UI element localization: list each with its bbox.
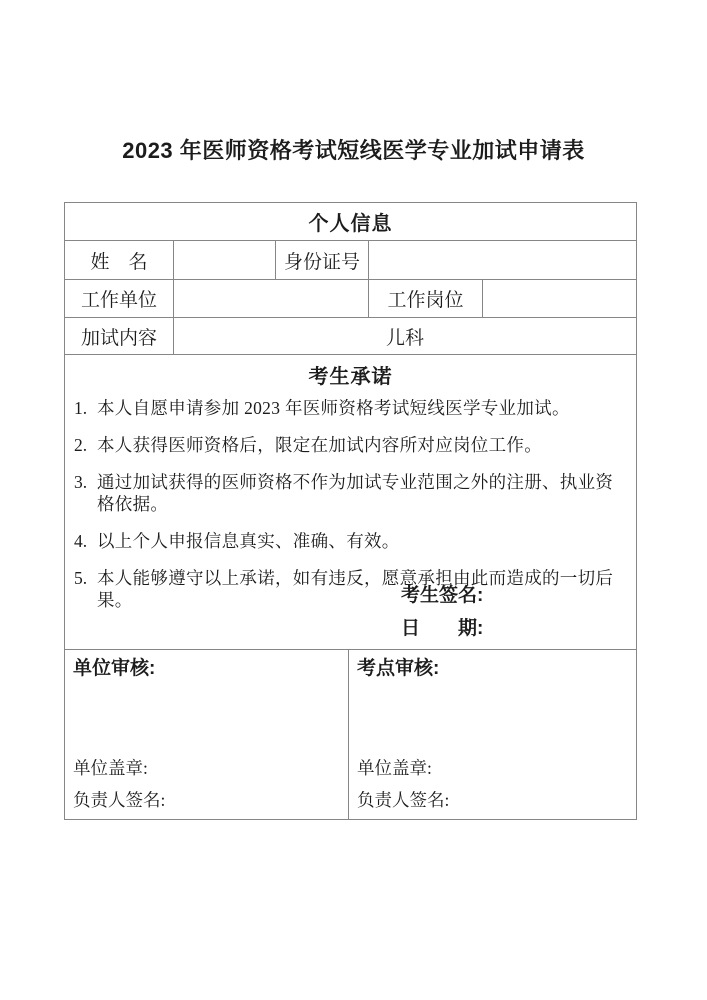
personal-info-section-title: 个人信息	[65, 203, 636, 240]
id-number-field[interactable]	[368, 241, 636, 279]
promise-item-text: 以上个人申报信息真实、准确、有效。	[97, 530, 630, 552]
work-row: 工作单位 工作岗位	[65, 279, 636, 317]
id-number-label: 身份证号	[275, 241, 368, 279]
promise-item-5: 5. 本人能够遵守以上承诺，如有违反，愿意承担由此而造成的一切后果。	[71, 567, 630, 611]
addtest-row: 加试内容 儿科	[65, 317, 636, 354]
promise-item-4: 4. 以上个人申报信息真实、准确、有效。	[71, 530, 630, 552]
work-unit-label: 工作单位	[65, 280, 173, 317]
unit-audit-cell: 单位审核: 单位盖章: 负责人签名:	[65, 650, 348, 819]
personal-info-header-row: 个人信息	[65, 203, 636, 240]
promise-item-number: 1.	[71, 397, 97, 419]
addtest-content-value: 儿科	[173, 318, 636, 354]
work-unit-field[interactable]	[173, 280, 368, 317]
name-label: 姓 名	[65, 241, 173, 279]
promise-item-number: 5.	[71, 567, 97, 611]
date-label: 日 期:	[401, 618, 483, 639]
application-form-table: 个人信息 姓 名 身份证号 工作单位 工作岗位 加试内容 儿科 考生承诺 1. …	[64, 202, 637, 820]
unit-audit-label: 单位审核:	[73, 656, 155, 682]
promise-item-1: 1. 本人自愿申请参加 2023 年医师资格考试短线医学专业加试。	[71, 397, 630, 419]
promise-item-number: 2.	[71, 434, 97, 456]
work-post-field[interactable]	[482, 280, 636, 317]
unit-responsible-signature-label: 负责人签名:	[73, 789, 165, 811]
site-audit-label: 考点审核:	[357, 656, 439, 682]
name-id-row: 姓 名 身份证号	[65, 240, 636, 279]
promise-row: 考生承诺 1. 本人自愿申请参加 2023 年医师资格考试短线医学专业加试。 2…	[65, 354, 636, 649]
signature-block: 考生签名: 日 期:	[401, 585, 483, 639]
page-title: 2023 年医师资格考试短线医学专业加试申请表	[0, 134, 707, 165]
promise-item-text: 本人能够遵守以上承诺，如有违反，愿意承担由此而造成的一切后果。	[97, 567, 630, 611]
site-stamp-label: 单位盖章:	[357, 757, 432, 779]
name-field[interactable]	[173, 241, 275, 279]
promise-cell: 考生承诺 1. 本人自愿申请参加 2023 年医师资格考试短线医学专业加试。 2…	[65, 355, 636, 649]
audit-row: 单位审核: 单位盖章: 负责人签名: 考点审核: 单位盖章: 负责人签名:	[65, 649, 636, 819]
work-post-label: 工作岗位	[368, 280, 482, 317]
promise-item-number: 4.	[71, 530, 97, 552]
site-audit-cell: 考点审核: 单位盖章: 负责人签名:	[348, 650, 636, 819]
promise-item-2: 2. 本人获得医师资格后，限定在加试内容所对应岗位工作。	[71, 434, 630, 456]
candidate-signature-label: 考生签名:	[401, 585, 483, 606]
promise-item-number: 3.	[71, 471, 97, 515]
promise-section-title: 考生承诺	[71, 363, 630, 391]
promise-item-text: 本人自愿申请参加 2023 年医师资格考试短线医学专业加试。	[97, 397, 630, 419]
promise-item-3: 3. 通过加试获得的医师资格不作为加试专业范围之外的注册、执业资格依据。	[71, 471, 630, 515]
promise-item-text: 本人获得医师资格后，限定在加试内容所对应岗位工作。	[97, 434, 630, 456]
unit-stamp-label: 单位盖章:	[73, 757, 148, 779]
promise-item-text: 通过加试获得的医师资格不作为加试专业范围之外的注册、执业资格依据。	[97, 471, 630, 515]
site-responsible-signature-label: 负责人签名:	[357, 789, 449, 811]
addtest-content-label: 加试内容	[65, 318, 173, 354]
